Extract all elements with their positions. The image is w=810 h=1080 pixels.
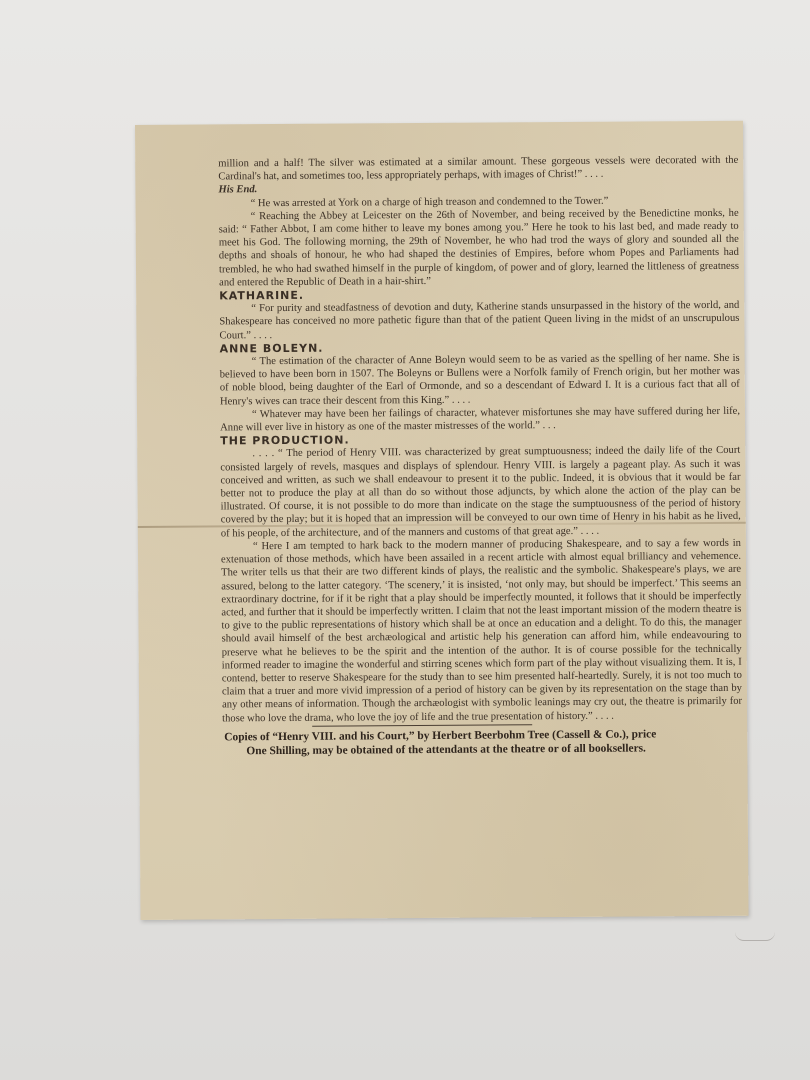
body-paragraph: “ For purity and steadfastness of devoti… — [219, 299, 739, 342]
footer-line-2: One Shilling, may be obtained of the att… — [222, 741, 742, 759]
printed-leaflet-page: million and a half! The silver was estim… — [135, 121, 749, 920]
body-paragraph: “ Reaching the Abbey at Leicester on the… — [219, 207, 740, 290]
body-paragraph: . . . . “ The period of Henry VIII. was … — [220, 444, 741, 540]
body-paragraph: million and a half! The silver was estim… — [218, 154, 738, 184]
footer-divider-rule — [312, 724, 532, 727]
body-paragraph: “ The estimation of the character of Ann… — [220, 352, 740, 408]
footer-notice: Copies of “Henry VIII. and his Court,” b… — [222, 727, 742, 759]
leaflet-text-block: million and a half! The silver was estim… — [218, 154, 742, 758]
body-paragraph: “ Here I am tempted to hark back to the … — [221, 537, 742, 725]
stray-hair-mark — [735, 932, 775, 941]
body-paragraph: “ Whatever may have been her failings of… — [220, 405, 740, 435]
